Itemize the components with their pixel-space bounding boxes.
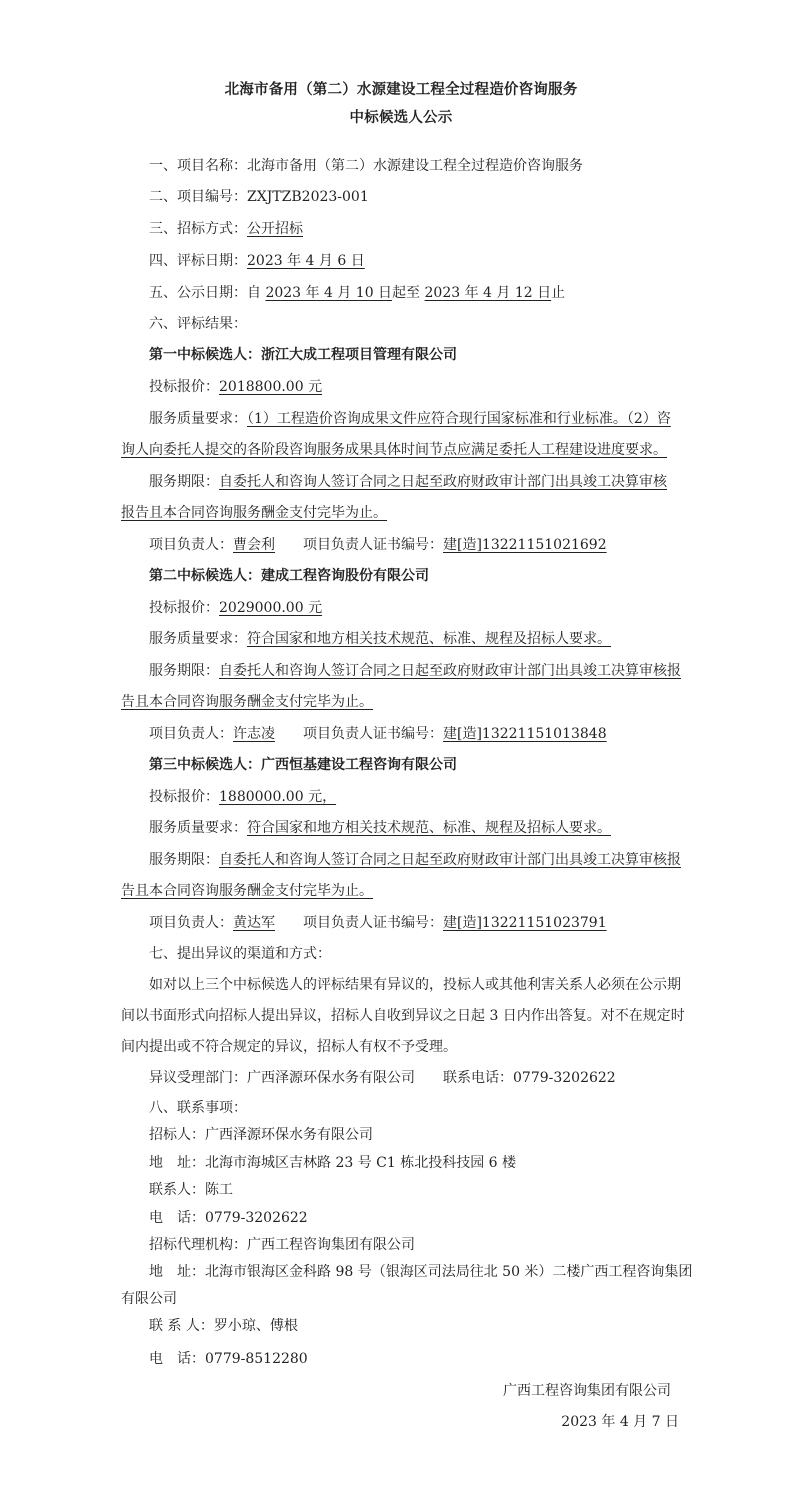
agency-address: 北海市银海区金科路 98 号（银海区司法局往北 50 米）二楼广西工程咨询集团	[205, 1264, 692, 1280]
tenderer-phone: 0779-3202622	[205, 1210, 308, 1226]
person-label: 联系人：	[149, 1182, 205, 1198]
address-label: 地 址：	[149, 1264, 205, 1280]
bid-method-label: 三、招标方式：	[149, 221, 247, 237]
candidate-1-term-row: 服务期限：自委托人和咨询人签订合同之日起至政府财政审计部门出具竣工决算审核	[149, 472, 681, 492]
candidate-2-manager: 许志凌	[233, 726, 275, 742]
project-no-value: ZXJTZB2023-001	[247, 189, 369, 205]
objection-text-3: 间内提出或不符合规定的异议，招标人有权不予受理。	[121, 1037, 681, 1057]
manager-label: 项目负责人：	[149, 726, 233, 742]
candidate-2-cert: 建[造]13221151013848	[443, 726, 607, 742]
bid-method-value: 公开招标	[247, 221, 303, 237]
candidate-1-manager-row: 项目负责人：曹会利项目负责人证书编号：建[造]13221151021692	[149, 535, 681, 555]
project-name-row: 一、项目名称：北海市备用（第二）水源建设工程全过程造价咨询服务	[149, 156, 681, 176]
candidate-3-term: 自委托人和咨询人签订合同之日起至政府财政审计部门出具竣工决算审核报	[219, 852, 681, 868]
agency-address-cont: 有限公司	[121, 1289, 681, 1309]
agency-person-row: 联 系 人：罗小琼、傅根	[149, 1316, 681, 1336]
candidate-3-company: 广西恒基建设工程咨询有限公司	[261, 757, 457, 773]
term-label: 服务期限：	[149, 474, 219, 490]
candidate-1-quality: （1）工程造价咨询成果文件应符合现行国家标准和行业标准。（2）咨	[247, 411, 671, 427]
tenderer-name: 广西泽源环保水务有限公司	[205, 1127, 373, 1143]
candidate-1-quality-row: 服务质量要求：（1）工程造价咨询成果文件应符合现行国家标准和行业标准。（2）咨	[149, 409, 681, 429]
candidate-3-cert: 建[造]13221151023791	[443, 915, 607, 931]
person-label: 联 系 人：	[149, 1318, 214, 1334]
phone-label: 电 话：	[149, 1351, 205, 1367]
objection-text-1: 如对以上三个中标候选人的评标结果有异议的，投标人或其他利害关系人必须在公示期	[149, 975, 681, 995]
cert-label: 项目负责人证书编号：	[303, 915, 443, 931]
price-label: 投标报价：	[149, 379, 219, 395]
candidate-2-price-row: 投标报价：2029000.00 元	[149, 598, 681, 618]
objection-dept-row: 异议受理部门：广西泽源环保水务有限公司联系电话：0779-3202622	[149, 1068, 681, 1088]
candidate-3-heading: 第三中标候选人：广西恒基建设工程咨询有限公司	[149, 755, 681, 775]
objection-text-2: 间以书面形式向招标人提出异议，招标人自收到异议之日起 3 日内作出答复。对不在规…	[121, 1006, 681, 1026]
document-title: 北海市备用（第二）水源建设工程全过程造价咨询服务	[121, 78, 681, 99]
project-name-value: 北海市备用（第二）水源建设工程全过程造价咨询服务	[247, 158, 583, 174]
rank-label: 第三中标候选人：	[149, 757, 261, 773]
tenderer-person-row: 联系人：陈工	[149, 1180, 681, 1200]
candidate-1-manager: 曹会利	[233, 537, 275, 553]
phone-label: 电 话：	[149, 1210, 205, 1226]
objection-heading: 七、提出异议的渠道和方式：	[149, 944, 681, 964]
candidate-2-term-row: 服务期限：自委托人和咨询人签订合同之日起至政府财政审计部门出具竣工决算审核报	[149, 661, 681, 681]
objection-phone: 0779-3202622	[513, 1070, 616, 1086]
agency-row: 招标代理机构：广西工程咨询集团有限公司	[149, 1235, 681, 1255]
candidate-1-heading: 第一中标候选人：浙江大成工程项目管理有限公司	[149, 345, 681, 365]
term-cont-text: 告且本合同咨询服务酬金支付完毕为止。	[121, 694, 373, 710]
manager-label: 项目负责人：	[149, 537, 233, 553]
agency-name: 广西工程咨询集团有限公司	[247, 1237, 415, 1253]
rank-label: 第二中标候选人：	[149, 568, 261, 584]
candidate-1-term-cont: 报告且本合同咨询服务酬金支付完毕为止。	[121, 503, 681, 523]
agency-address-row: 地 址：北海市银海区金科路 98 号（银海区司法局往北 50 米）二楼广西工程咨…	[149, 1262, 681, 1282]
manager-label: 项目负责人：	[149, 915, 233, 931]
term-label: 服务期限：	[149, 852, 219, 868]
quality-label: 服务质量要求：	[149, 411, 247, 427]
candidate-1-cert: 建[造]13221151021692	[443, 537, 607, 553]
candidate-1-price-row: 投标报价：2018800.00 元	[149, 377, 681, 397]
quality-label: 服务质量要求：	[149, 631, 247, 647]
tenderer-row: 招标人：广西泽源环保水务有限公司	[149, 1125, 681, 1145]
signature-date: 2023 年 4 月 7 日	[121, 1412, 679, 1432]
candidate-3-price-row: 投标报价：1880000.00 元，	[149, 787, 681, 807]
publicity-post: 止	[551, 285, 565, 301]
tenderer-phone-row: 电 话：0779-3202622	[149, 1208, 681, 1228]
candidate-2-term: 自委托人和咨询人签订合同之日起至政府财政审计部门出具竣工决算审核报	[219, 663, 681, 679]
eval-date-row: 四、评标日期：2023 年 4 月 6 日	[149, 251, 681, 271]
publicity-label: 五、公示日期：	[149, 285, 247, 301]
candidate-1-company: 浙江大成工程项目管理有限公司	[261, 347, 457, 363]
agency-person: 罗小琼、傅根	[214, 1318, 298, 1334]
signature-company: 广西工程咨询集团有限公司	[121, 1381, 671, 1401]
project-name-label: 一、项目名称：	[149, 158, 247, 174]
term-label: 服务期限：	[149, 663, 219, 679]
publicity-pre: 自	[247, 285, 265, 301]
term-cont-text: 告且本合同咨询服务酬金支付完毕为止。	[121, 883, 373, 899]
candidate-2-quality: 符合国家和地方相关技术规范、标准、规程及招标人要求。	[247, 631, 611, 647]
candidate-2-price: 2029000.00 元	[219, 600, 322, 616]
quality-cont-text: 询人向委托人提交的各阶段咨询服务成果具体时间节点应满足委托人工程建设进度要求。	[121, 442, 667, 458]
bid-method-row: 三、招标方式：公开招标	[149, 219, 681, 239]
candidate-3-manager-row: 项目负责人：黄达军项目负责人证书编号：建[造]13221151023791	[149, 913, 681, 933]
candidate-2-company: 建成工程咨询股份有限公司	[261, 568, 429, 584]
publicity-row: 五、公示日期：自 2023 年 4 月 10 日起至 2023 年 4 月 12…	[149, 283, 681, 303]
rank-label: 第一中标候选人：	[149, 347, 261, 363]
contact-heading: 八、联系事项：	[149, 1098, 681, 1118]
publicity-mid: 起至	[392, 285, 424, 301]
candidate-3-quality-row: 服务质量要求：符合国家和地方相关技术规范、标准、规程及招标人要求。	[149, 818, 681, 838]
candidate-3-manager: 黄达军	[233, 915, 275, 931]
candidate-2-manager-row: 项目负责人：许志凌项目负责人证书编号：建[造]13221151013848	[149, 724, 681, 744]
candidate-2-term-cont: 告且本合同咨询服务酬金支付完毕为止。	[121, 692, 681, 712]
candidate-3-term-cont: 告且本合同咨询服务酬金支付完毕为止。	[121, 881, 681, 901]
dept-label: 异议受理部门：	[149, 1070, 247, 1086]
eval-date-label: 四、评标日期：	[149, 253, 247, 269]
candidate-1-price: 2018800.00 元	[219, 379, 322, 395]
agency-phone: 0779-8512280	[205, 1351, 308, 1367]
publicity-start: 2023 年 4 月 10 日	[265, 285, 392, 301]
tenderer-label: 招标人：	[149, 1127, 205, 1143]
publicity-end: 2023 年 4 月 12 日	[425, 285, 552, 301]
candidate-2-heading: 第二中标候选人：建成工程咨询股份有限公司	[149, 566, 681, 586]
phone-label: 联系电话：	[443, 1070, 513, 1086]
price-label: 投标报价：	[149, 600, 219, 616]
project-no-label: 二、项目编号：	[149, 189, 247, 205]
candidate-3-term-row: 服务期限：自委托人和咨询人签订合同之日起至政府财政审计部门出具竣工决算审核报	[149, 850, 681, 870]
result-heading: 六、评标结果：	[149, 314, 681, 334]
candidate-2-quality-row: 服务质量要求：符合国家和地方相关技术规范、标准、规程及招标人要求。	[149, 629, 681, 649]
candidate-3-quality: 符合国家和地方相关技术规范、标准、规程及招标人要求。	[247, 820, 611, 836]
tenderer-address-row: 地 址：北海市海城区吉林路 23 号 C1 栋北投科技园 6 楼	[149, 1153, 681, 1173]
address-label: 地 址：	[149, 1155, 205, 1171]
candidate-3-price: 1880000.00 元，	[219, 789, 336, 805]
cert-label: 项目负责人证书编号：	[303, 726, 443, 742]
objection-dept: 广西泽源环保水务有限公司	[247, 1070, 415, 1086]
agency-label: 招标代理机构：	[149, 1237, 247, 1253]
price-label: 投标报价：	[149, 789, 219, 805]
agency-phone-row: 电 话：0779-8512280	[149, 1349, 681, 1369]
cert-label: 项目负责人证书编号：	[303, 537, 443, 553]
project-no-row: 二、项目编号：ZXJTZB2023-001	[149, 187, 681, 207]
candidate-1-quality-cont: 询人向委托人提交的各阶段咨询服务成果具体时间节点应满足委托人工程建设进度要求。	[121, 440, 681, 460]
tenderer-address: 北海市海城区吉林路 23 号 C1 栋北投科技园 6 楼	[205, 1155, 516, 1171]
eval-date-value: 2023 年 4 月 6 日	[247, 253, 365, 269]
quality-label: 服务质量要求：	[149, 820, 247, 836]
term-cont-text: 报告且本合同咨询服务酬金支付完毕为止。	[121, 505, 387, 521]
tenderer-person: 陈工	[205, 1182, 233, 1198]
candidate-1-term: 自委托人和咨询人签订合同之日起至政府财政审计部门出具竣工决算审核	[219, 474, 667, 490]
document-subtitle: 中标候选人公示	[121, 106, 681, 127]
